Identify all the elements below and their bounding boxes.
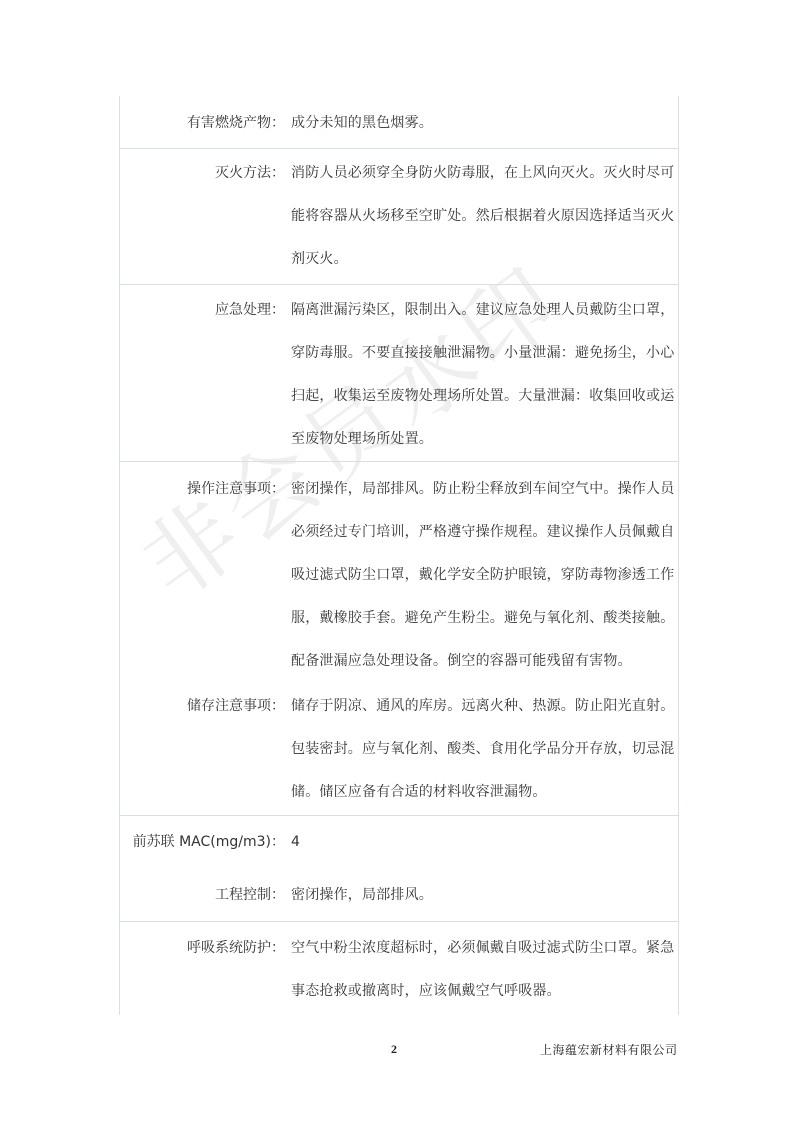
value-line: 配备泄漏应急处理设备。倒空的容器可能残留有害物。 xyxy=(291,640,675,683)
field-value: 4 xyxy=(291,821,675,864)
value-line: 包装密封。应与氧化剂、酸类、食用化学品分开存放，切忌混 xyxy=(291,728,675,771)
value-line: 4 xyxy=(291,821,675,864)
table-section-handling-storage: 操作注意事项： 密闭操作，局部排风。防止粉尘释放到车间空气中。操作人员 必须经过… xyxy=(120,461,678,816)
value-line: 至废物处理场所处置。 xyxy=(291,418,675,461)
field-label: 操作注意事项： xyxy=(115,468,285,511)
value-line: 储。储区应备有合适的材料收容泄漏物。 xyxy=(291,771,675,814)
value-line: 吸过滤式防尘口罩，戴化学安全防护眼镜，穿防毒物渗透工作 xyxy=(291,554,675,597)
table-section-emergency-response: 应急处理： 隔离泄漏污染区，限制出入。建议应急处理人员戴防尘口罩， 穿防毒服。不… xyxy=(120,284,678,462)
document-page: 非会员水印 有害燃烧产物： 成分未知的黑色烟雾。 灭火方法： 消防人员必须穿全身… xyxy=(0,0,794,1123)
table-section-combustion-products: 有害燃烧产物： 成分未知的黑色烟雾。 xyxy=(120,96,678,149)
field-value: 空气中粉尘浓度超标时，必须佩戴自吸过滤式防尘口罩。紧急 事态抢救或撤离时，应该佩… xyxy=(291,927,675,1013)
value-line: 储存于阴凉、通风的库房。远离火种、热源。防止阳光直射。 xyxy=(291,685,675,728)
value-line: 空气中粉尘浓度超标时，必须佩戴自吸过滤式防尘口罩。紧急 xyxy=(291,927,675,970)
field-label: 应急处理： xyxy=(115,289,285,332)
value-line: 穿防毒服。不要直接接触泄漏物。小量泄漏：避免扬尘，小心 xyxy=(291,332,675,375)
field-value: 成分未知的黑色烟雾。 xyxy=(291,102,675,145)
field-label: 储存注意事项： xyxy=(115,685,285,728)
table-section-fire-fighting: 灭火方法： 消防人员必须穿全身防火防毒服，在上风向灭火。灭火时尽可 能将容器从火… xyxy=(120,148,678,285)
field-value: 储存于阴凉、通风的库房。远离火种、热源。防止阳光直射。 包装密封。应与氧化剂、酸… xyxy=(291,685,675,814)
value-line: 剂灭火。 xyxy=(291,238,675,281)
value-line: 能将容器从火场移至空旷处。然后根据着火原因选择适当灭火 xyxy=(291,195,675,238)
field-value: 隔离泄漏污染区，限制出入。建议应急处理人员戴防尘口罩， 穿防毒服。不要直接接触泄… xyxy=(291,289,675,461)
value-line: 隔离泄漏污染区，限制出入。建议应急处理人员戴防尘口罩， xyxy=(291,289,675,332)
field-label: 前苏联 MAC(mg/m3)： xyxy=(115,821,285,864)
table-section-respiratory-protection: 呼吸系统防护： 空气中粉尘浓度超标时，必须佩戴自吸过滤式防尘口罩。紧急 事态抢救… xyxy=(120,921,678,1015)
value-line: 成分未知的黑色烟雾。 xyxy=(291,102,675,145)
value-line: 密闭操作，局部排风。防止粉尘释放到车间空气中。操作人员 xyxy=(291,468,675,511)
page-number: 2 xyxy=(391,1042,397,1057)
value-line: 服，戴橡胶手套。避免产生粉尘。避免与氧化剂、酸类接触。 xyxy=(291,597,675,640)
field-value: 密闭操作，局部排风。防止粉尘释放到车间空气中。操作人员 必须经过专门培训，严格遵… xyxy=(291,468,675,683)
field-label: 灭火方法： xyxy=(115,152,285,195)
company-name: 上海蕴宏新材料有限公司 xyxy=(540,1041,678,1058)
field-label: 工程控制： xyxy=(115,874,285,917)
field-label: 呼吸系统防护： xyxy=(115,927,285,970)
properties-table: 有害燃烧产物： 成分未知的黑色烟雾。 灭火方法： 消防人员必须穿全身防火防毒服，… xyxy=(119,96,679,1015)
value-line: 扫起，收集运至废物处理场所处置。大量泄漏：收集回收或运 xyxy=(291,375,675,418)
field-value: 消防人员必须穿全身防火防毒服，在上风向灭火。灭火时尽可 能将容器从火场移至空旷处… xyxy=(291,152,675,281)
field-label: 有害燃烧产物： xyxy=(115,102,285,145)
table-section-exposure-controls: 前苏联 MAC(mg/m3)： 4 工程控制： 密闭操作，局部排风。 xyxy=(120,815,678,922)
value-line: 事态抢救或撤离时，应该佩戴空气呼吸器。 xyxy=(291,970,675,1013)
value-line: 消防人员必须穿全身防火防毒服，在上风向灭火。灭火时尽可 xyxy=(291,152,675,195)
value-line: 必须经过专门培训，严格遵守操作规程。建议操作人员佩戴自 xyxy=(291,511,675,554)
value-line: 密闭操作，局部排风。 xyxy=(291,874,675,917)
field-value: 密闭操作，局部排风。 xyxy=(291,874,675,917)
